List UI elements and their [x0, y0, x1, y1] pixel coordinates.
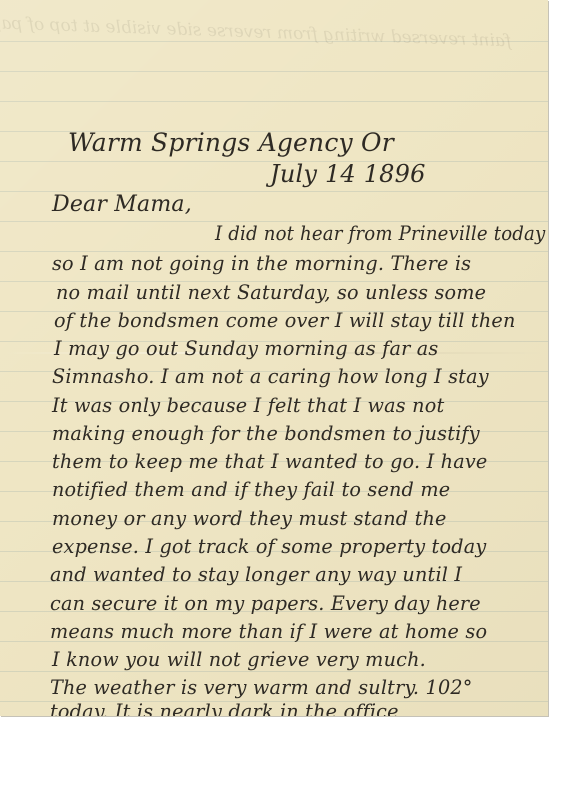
body-line: them to keep me that I wanted to go. I h… — [52, 450, 487, 473]
body-line: today. It is nearly dark in the office — [50, 700, 399, 716]
body-line: making enough for the bondsmen to justif… — [52, 422, 480, 445]
body-line: of the bondsmen come over I will stay ti… — [54, 309, 516, 332]
body-line: and wanted to stay longer any way until … — [50, 563, 462, 586]
body-line: It was only because I felt that I was no… — [52, 394, 444, 417]
body-line: means much more than if I were at home s… — [50, 620, 487, 643]
body-line: I did not hear from Prineville today — [215, 222, 545, 245]
body-line: Simnasho. I am not a caring how long I s… — [52, 365, 489, 388]
letter-page: faint reversed writing from reverse side… — [0, 0, 548, 716]
body-line: notified them and if they fail to send m… — [52, 478, 450, 501]
body-line: I may go out Sunday morning as far as — [54, 337, 438, 360]
body-line: can secure it on my papers. Every day he… — [50, 592, 481, 615]
letter-place: Warm Springs Agency Or — [68, 128, 394, 157]
body-line: no mail until next Saturday, so unless s… — [56, 281, 486, 304]
body-line: expense. I got track of some property to… — [52, 535, 486, 558]
body-line: The weather is very warm and sultry. 102… — [50, 676, 473, 699]
bleed-through-text: faint reversed writing from reverse side… — [88, 13, 512, 138]
body-line: money or any word they must stand the — [52, 507, 447, 530]
body-line: so I am not going in the morning. There … — [52, 252, 471, 275]
letter-date: July 14 1896 — [270, 160, 426, 188]
letter-salutation: Dear Mama, — [52, 192, 192, 217]
body-line: I know you will not grieve very much. — [52, 648, 426, 671]
